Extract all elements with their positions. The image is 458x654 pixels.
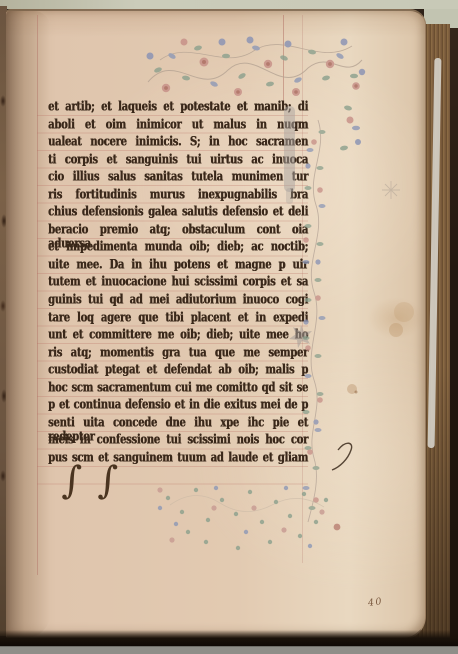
background-bottom-band <box>0 646 458 654</box>
text-line: pus scm et sanguinem tuum ad laude et gl… <box>48 451 308 473</box>
manuscript-page: et artib; et laqueis et potestate et man… <box>6 9 426 640</box>
pen-flourish: ∫ <box>61 461 82 500</box>
ruling-line-vertical-right <box>283 15 284 107</box>
manuscript-photo: et artib; et laqueis et potestate et man… <box>0 0 458 654</box>
page-number: 40 <box>367 596 383 609</box>
text-block: et artib; et laqueis et potestate et man… <box>48 103 308 471</box>
pen-flourish: ∫ <box>97 461 118 500</box>
background-top-band <box>0 0 458 9</box>
